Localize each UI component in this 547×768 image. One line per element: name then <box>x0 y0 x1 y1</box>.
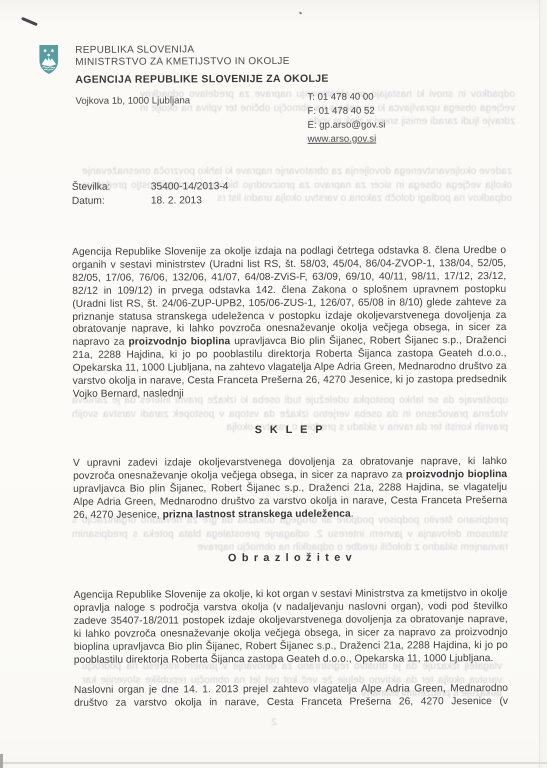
sklep-heading: S K L E P <box>73 423 507 437</box>
obrazlozitev-heading: O b r a z l o ž i t e v <box>73 551 507 565</box>
header-country: REPUBLIKA SLOVENIJA <box>75 44 194 56</box>
contact-fax: F: 01 478 40 52 <box>307 104 385 118</box>
reference-number-label: Številka: <box>72 182 111 193</box>
obrazlozitev-paragraph-1: Agencija Republike Slovenije za okolje, … <box>74 588 508 667</box>
sklep-bold-phrase-1: proizvodnjo bioplina <box>406 469 507 480</box>
header-ministry: MINISTRSTVO ZA KMETIJSTVO IN OKOLJE <box>75 56 289 68</box>
contact-block: T: 01 478 40 00 F: 01 478 40 52 E: gp.ar… <box>307 91 385 147</box>
header-address: Vojkova 1b, 1000 Ljubljana <box>75 95 190 107</box>
sklep-paragraph: V upravni zadevi izdaje okoljevarstveneg… <box>73 456 507 522</box>
intro-text: Agencija Republike Slovenije za okolje i… <box>72 245 506 348</box>
contact-phone: T: 01 478 40 00 <box>307 91 385 105</box>
reference-number-value: 35400-14/2013-4 <box>151 181 229 192</box>
obrazlozitev-paragraph-2: Naslovni organ je dne 14. 1. 2013 prejel… <box>74 683 508 711</box>
sklep-text-end: . <box>351 508 354 519</box>
date-value: 18. 2. 2013 <box>151 195 202 206</box>
intro-paragraph: Agencija Republike Slovenije za okolje i… <box>72 245 507 402</box>
header-agency: AGENCIJA REPUBLIKE SLOVENIJE ZA OKOLJE <box>75 73 328 86</box>
scan-page: odpadkov in snovi ki nastajajo pri obrat… <box>0 0 547 768</box>
date-label: Datum: <box>72 196 105 207</box>
contact-email: E: gp.arso@gov.si <box>308 118 386 132</box>
sklep-bold-phrase-2: prizna lastnost stranskega udeleženca <box>163 508 351 520</box>
slovenia-coat-of-arms-icon <box>38 45 59 74</box>
contact-website: www.arso.gov.si <box>308 132 386 146</box>
intro-bold-phrase: proizvodnjo bioplina <box>128 337 230 348</box>
